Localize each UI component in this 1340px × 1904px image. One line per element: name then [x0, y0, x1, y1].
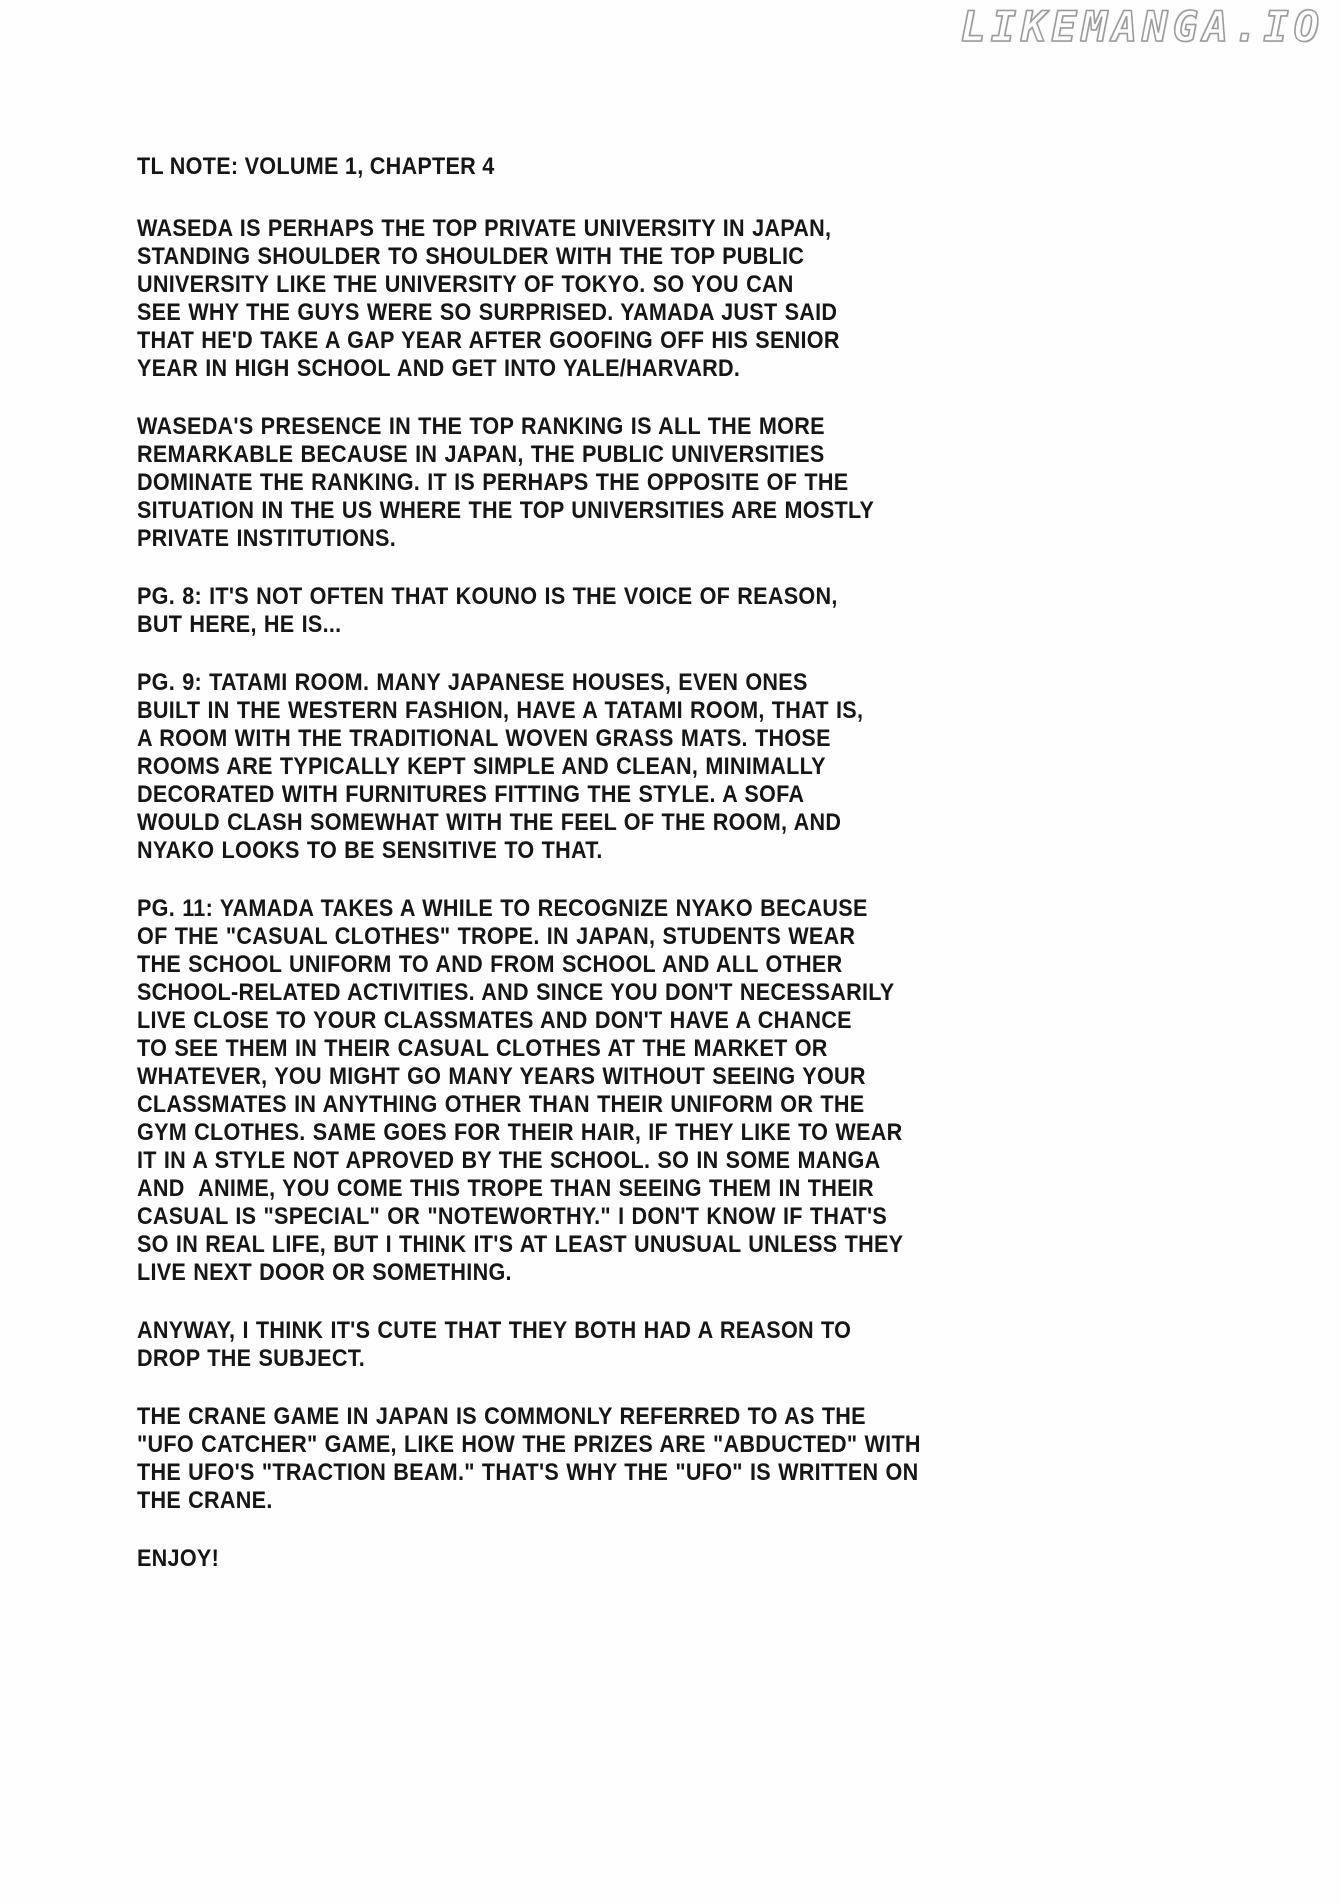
note-paragraph-pg9-tatami: PG. 9: TATAMI ROOM. MANY JAPANESE HOUSES… [137, 669, 1109, 865]
note-paragraph-waseda-private: WASEDA IS PERHAPS THE TOP PRIVATE UNIVER… [137, 215, 1109, 383]
site-watermark: LIKEMANGA.IO [961, 2, 1324, 51]
note-paragraph-waseda-ranking: WASEDA'S PRESENCE IN THE TOP RANKING IS … [137, 413, 1109, 553]
note-paragraph-pg8: PG. 8: IT'S NOT OFTEN THAT KOUNO IS THE … [137, 583, 1109, 639]
note-paragraph-anyway: ANYWAY, I THINK IT'S CUTE THAT THEY BOTH… [137, 1317, 1109, 1373]
note-heading: TL NOTE: VOLUME 1, CHAPTER 4 [137, 153, 1109, 181]
note-paragraph-pg11-casual-clothes: PG. 11: YAMADA TAKES A WHILE TO RECOGNIZ… [137, 895, 1109, 1287]
note-paragraph-enjoy: ENJOY! [137, 1545, 1109, 1573]
note-content: TL NOTE: VOLUME 1, CHAPTER 4 WASEDA IS P… [137, 153, 1109, 1603]
note-paragraph-crane-game: THE CRANE GAME IN JAPAN IS COMMONLY REFE… [137, 1403, 1109, 1515]
tl-note-page: LIKEMANGA.IO TL NOTE: VOLUME 1, CHAPTER … [0, 0, 1340, 1904]
